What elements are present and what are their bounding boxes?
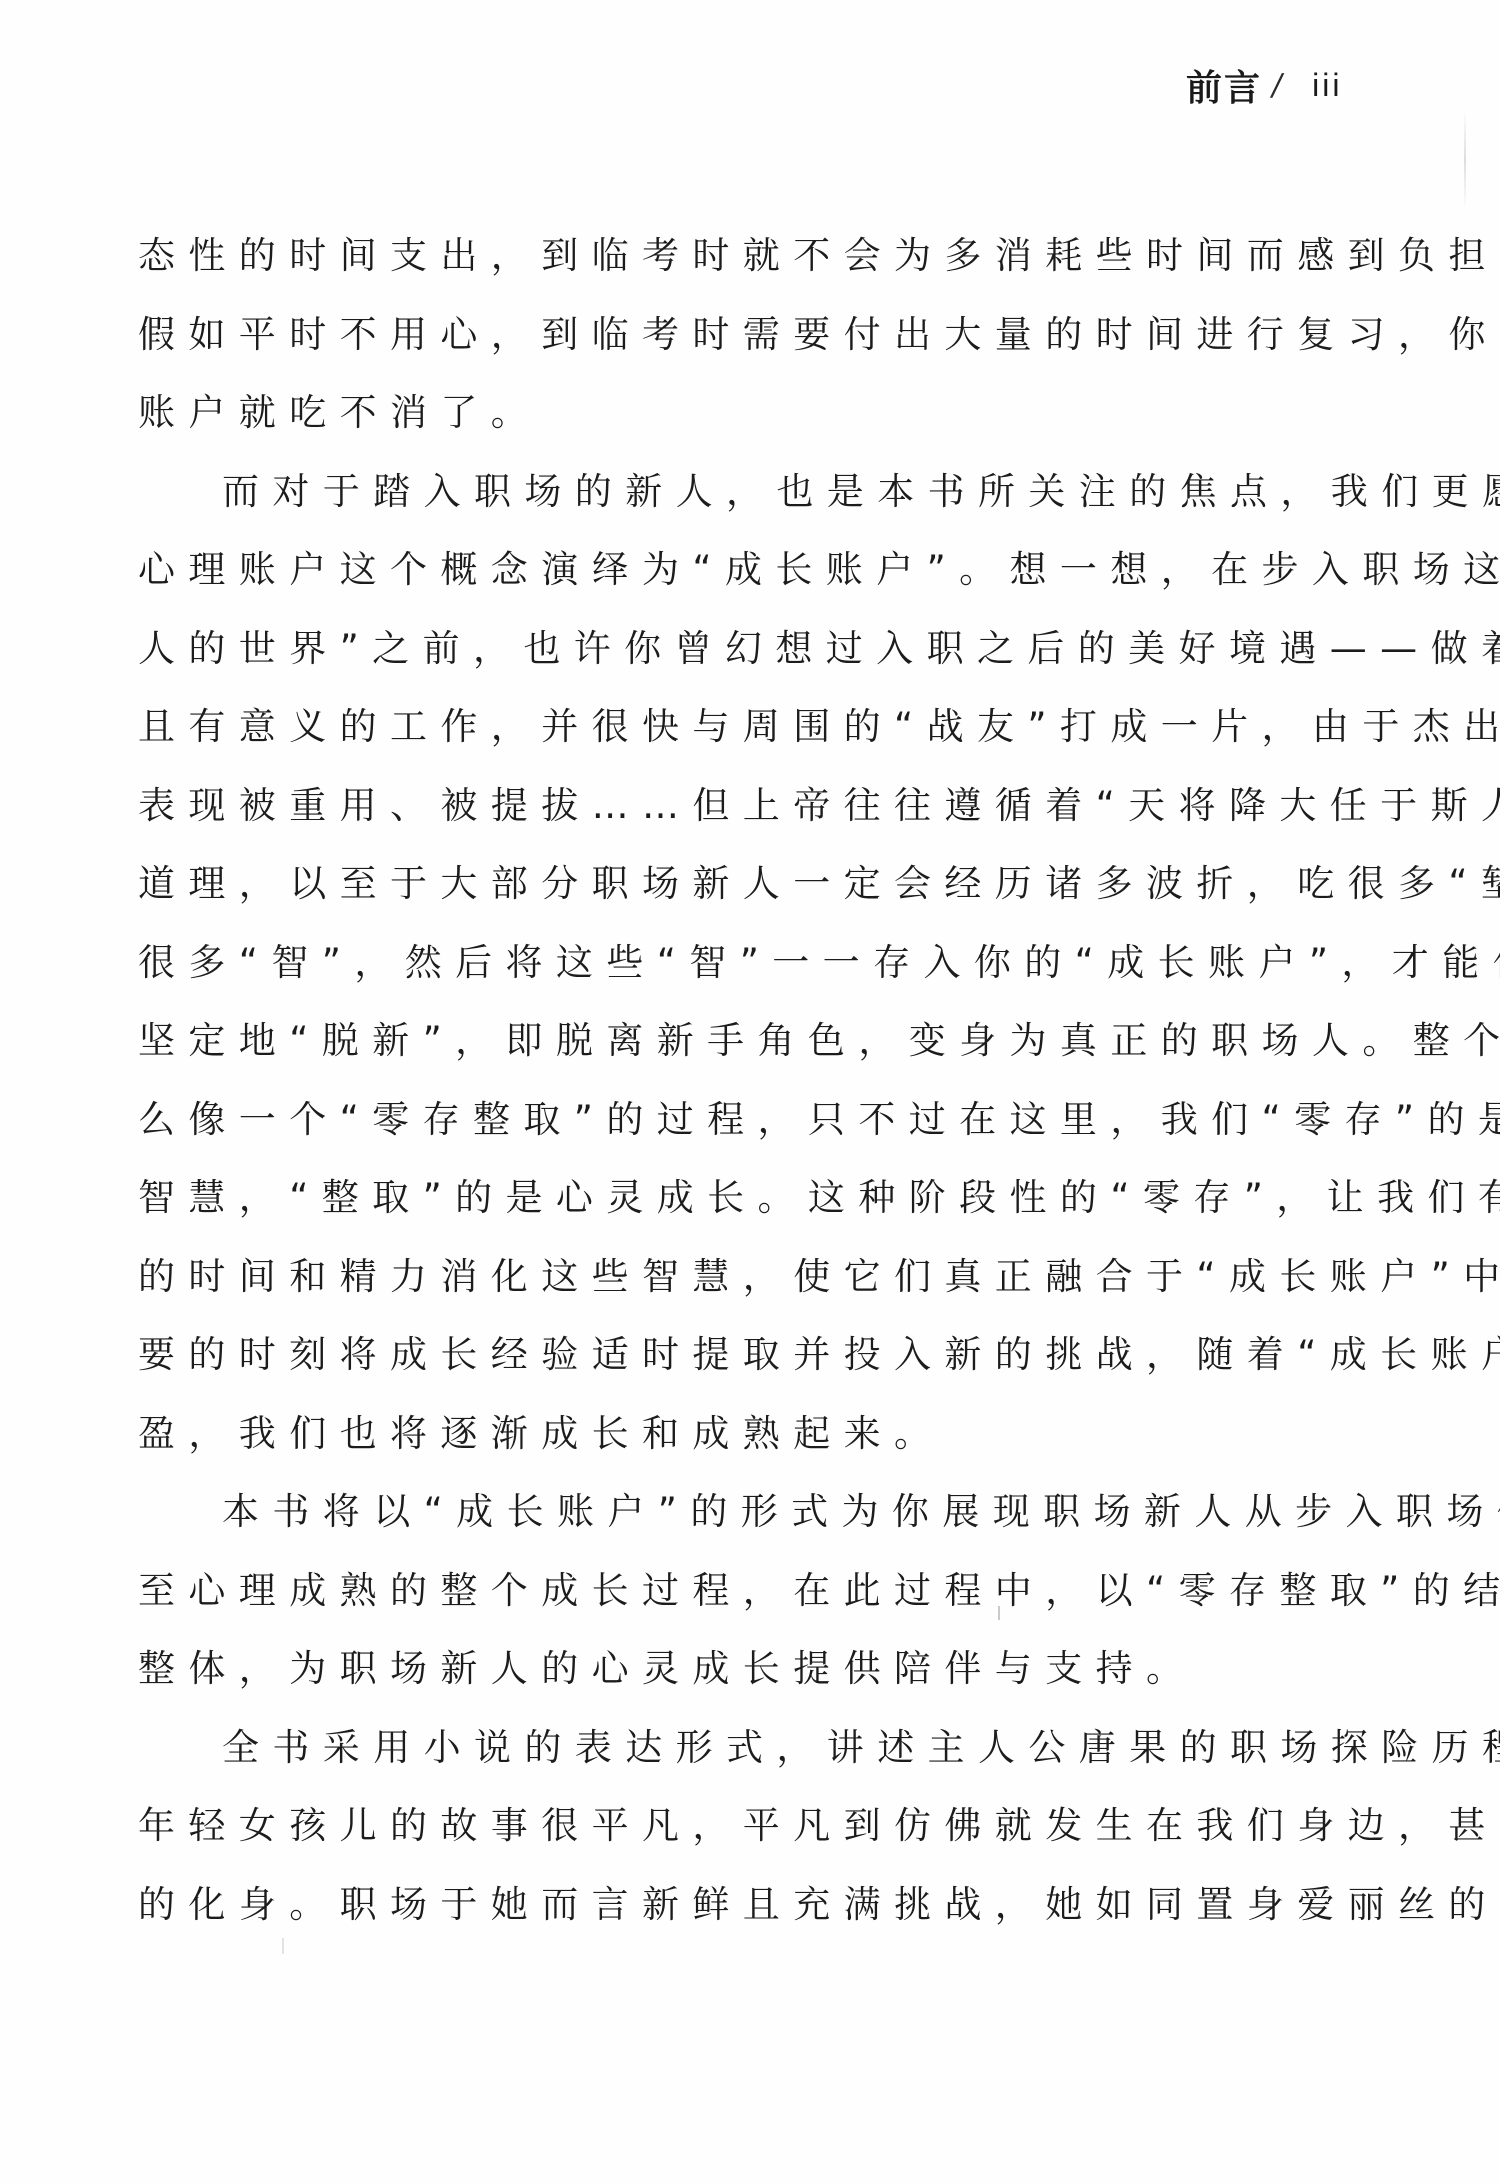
text-line: 而对于踏入职场的新人，也是本书所关注的焦点，我们更愿意将 [138, 464, 1358, 543]
paragraph-novel-form: 全书采用小说的表达形式，讲述主人公唐果的职场探险历程。这个 年轻女孩儿的故事很平… [138, 1720, 1358, 1956]
text-line: 的时间和精力消化这些智慧，使它们真正融合于“成长账户”中。在需 [138, 1249, 1358, 1328]
page-number: iii [1312, 67, 1342, 104]
text-line: 盈，我们也将逐渐成长和成熟起来。 [138, 1406, 1358, 1485]
running-head: 前言 / iii [1186, 60, 1342, 110]
text-line: 智慧，“整取”的是心灵成长。这种阶段性的“零存”，让我们有足够 [138, 1170, 1358, 1249]
text-line: 坚定地“脱新”，即脱离新手角色，变身为真正的职场人。整个过程多 [138, 1013, 1358, 1092]
running-head-section-title: 前言 [1186, 60, 1262, 111]
scan-gutter-mark [1464, 110, 1466, 210]
running-head-separator: / [1269, 68, 1285, 103]
text-line: 年轻女孩儿的故事很平凡，平凡到仿佛就发生在我们身边，甚至是我们 [138, 1798, 1358, 1877]
text-line: 要的时刻将成长经验适时提取并投入新的挑战，随着“成长账户”的丰 [138, 1327, 1358, 1406]
text-line: 道理，以至于大部分职场新人一定会经历诸多波折，吃很多“堑”，长 [138, 856, 1358, 935]
paragraph-continuation: 态性的时间支出，到临考时就不会为多消耗些时间而感到负担，但是 假如平时不用心，到… [138, 228, 1358, 464]
text-line: 么像一个“零存整取”的过程，只不过在这里，我们“零存”的是职场 [138, 1092, 1358, 1171]
text-line: 整体，为职场新人的心灵成长提供陪伴与支持。 [138, 1641, 1358, 1720]
text-line: 本书将以“成长账户”的形式为你展现职场新人从步入职场伊始直 [138, 1484, 1358, 1563]
paragraph-book-structure: 本书将以“成长账户”的形式为你展现职场新人从步入职场伊始直 至心理成熟的整个成长… [138, 1484, 1358, 1720]
body-text: 态性的时间支出，到临考时就不会为多消耗些时间而感到负担，但是 假如平时不用心，到… [138, 228, 1358, 1955]
text-line: 态性的时间支出，到临考时就不会为多消耗些时间而感到负担，但是 [138, 228, 1358, 307]
text-line: 至心理成熟的整个成长过程，在此过程中，以“零存整取”的结构贯穿 [138, 1563, 1358, 1642]
text-line: 表现被重用、被提拔……但上帝往往遵循着“天将降大任于斯人”的硬 [138, 778, 1358, 857]
text-line: 假如平时不用心，到临考时需要付出大量的时间进行复习，你的心理 [138, 307, 1358, 386]
text-line: 心理账户这个概念演绎为“成长账户”。想一想，在步入职场这个“大 [138, 542, 1358, 621]
text-line: 且有意义的工作，并很快与周围的“战友”打成一片，由于杰出的工作 [138, 699, 1358, 778]
book-page: 前言 / iii 态性的时间支出，到临考时就不会为多消耗些时间而感到负担，但是 … [0, 0, 1500, 2184]
text-line: 全书采用小说的表达形式，讲述主人公唐果的职场探险历程。这个 [138, 1720, 1358, 1799]
text-line: 人的世界”之前，也许你曾幻想过入职之后的美好境遇——做着喜欢 [138, 621, 1358, 700]
text-line: 很多“智”，然后将这些“智”一一存入你的“成长账户”，才能优雅 [138, 935, 1358, 1014]
text-line: 的化身。职场于她而言新鲜且充满挑战，她如同置身爱丽丝的兔子洞， [138, 1877, 1358, 1956]
paragraph-growth-account: 而对于踏入职场的新人，也是本书所关注的焦点，我们更愿意将 心理账户这个概念演绎为… [138, 464, 1358, 1485]
text-line: 账户就吃不消了。 [138, 385, 1358, 464]
